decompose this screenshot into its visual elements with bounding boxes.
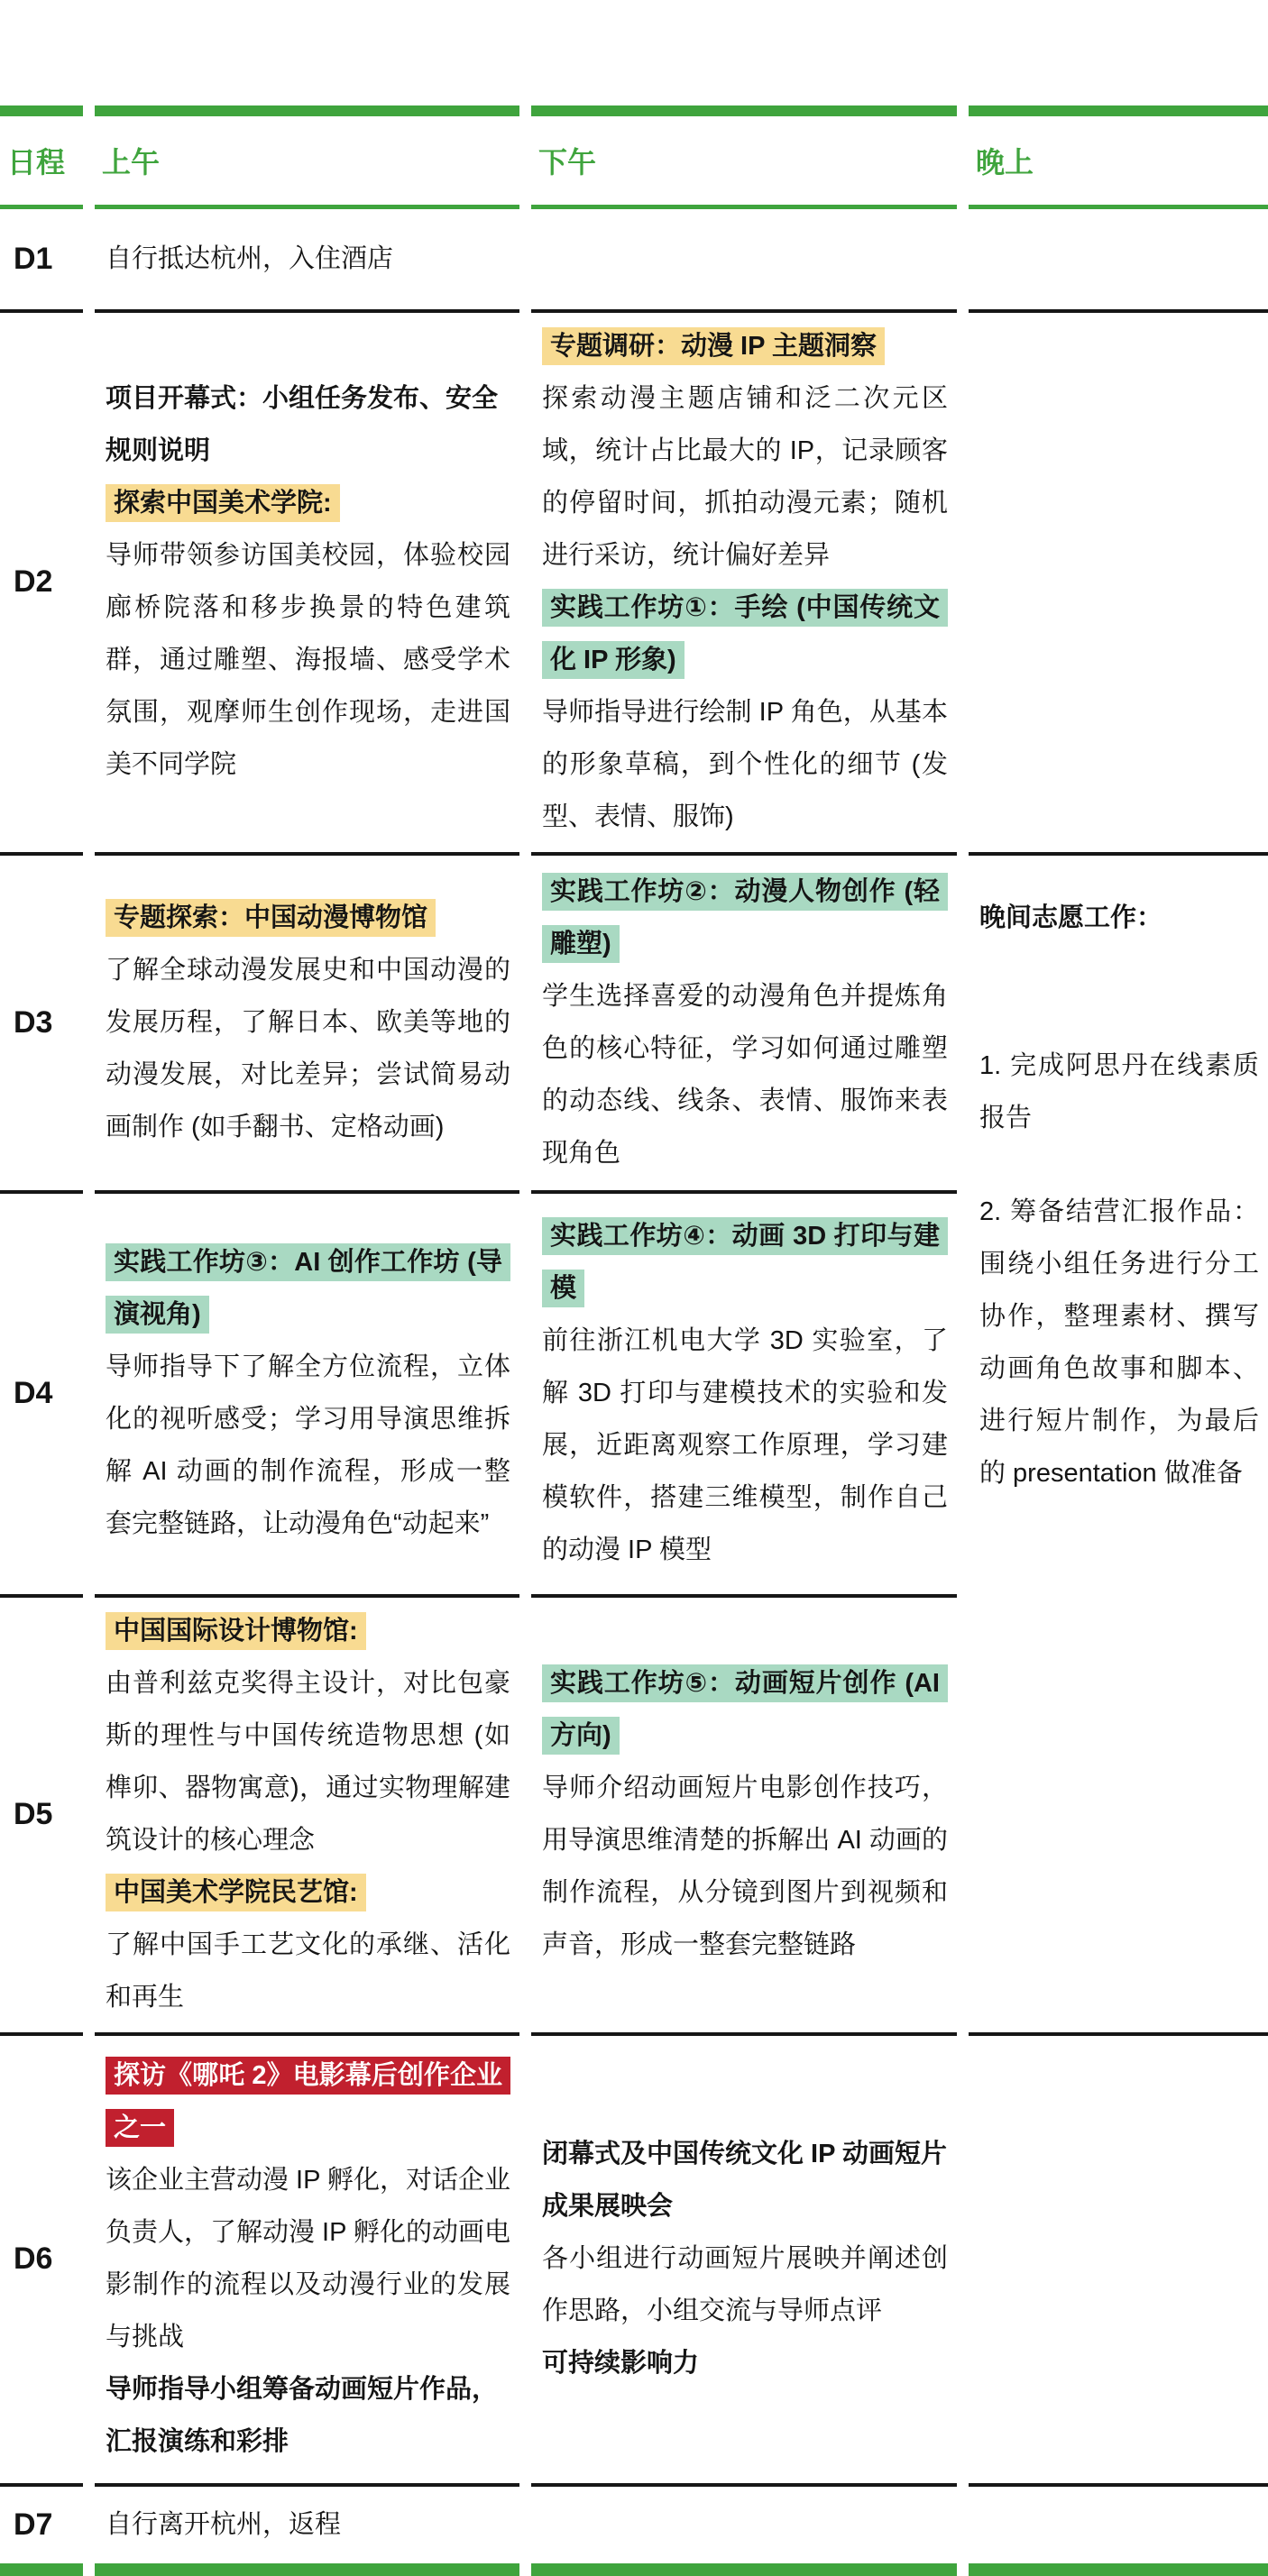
bottom-border-bar [969,2563,1268,2576]
activity-heading: 导师指导小组筹备动画短片作品，汇报演练和彩排 [106,2363,510,2468]
activity-heading: 实践工作坊⑤：动画短片创作 (AI 方向) [542,1657,948,1762]
column-header-morning: 上午 [95,116,519,209]
activity-heading: 实践工作坊④：动画 3D 打印与建模 [542,1210,948,1315]
day-label: D2 [0,313,83,856]
evening-cell [969,2487,1268,2563]
activity-heading: 专题调研：动漫 IP 主题洞察 [542,320,948,372]
day-label: D6 [0,2036,83,2487]
activity-text: 学生选择喜爱的动漫角色并提炼角色的核心特征，学习如何通过雕塑的动态线、线条、表情… [542,970,948,1179]
activity-heading: 探索中国美术学院: [106,477,510,529]
activity-text: 导师带领参访国美校园，体验校园廊桥院落和移步换景的特色建筑群，通过雕塑、海报墙、… [106,529,510,791]
highlighted-heading: 实践工作坊③：AI 创作工作坊 (导演视角) [106,1243,510,1334]
highlighted-heading: 探索中国美术学院: [106,484,340,522]
highlighted-heading: 探访《哪吒 2》电影幕后创作企业之一 [106,2057,510,2147]
column-header-afternoon: 下午 [531,116,957,209]
highlighted-heading: 专题探索：中国动漫博物馆 [106,899,436,937]
highlighted-heading: 中国国际设计博物馆: [106,1612,366,1650]
column-header-evening: 晚上 [969,116,1268,209]
activity-heading: 实践工作坊②：动漫人物创作 (轻雕塑) [542,866,948,970]
activity-heading: 中国美术学院民艺馆: [106,1866,510,1919]
highlighted-heading: 实践工作坊①：手绘 (中国传统文化 IP 形象) [542,589,948,679]
activity-text: 前往浙江机电大学 3D 实验室，了解 3D 打印与建模技术的实验和发展，近距离观… [542,1315,948,1576]
evening-cell [969,313,1268,856]
afternoon-cell [531,2487,957,2563]
activity-text: 2. 筹备结营汇报作品：围绕小组任务进行分工协作，整理素材、撰写动画角色故事和脚… [979,1186,1259,1499]
afternoon-cell: 实践工作坊⑤：动画短片创作 (AI 方向)导师介绍动画短片电影创作技巧，用导演思… [531,1598,957,2036]
top-border-bar [531,105,957,116]
afternoon-cell [531,209,957,313]
afternoon-cell: 实践工作坊②：动漫人物创作 (轻雕塑)学生选择喜爱的动漫角色并提炼角色的核心特征… [531,856,957,1194]
activity-text: 1. 完成阿思丹在线素质报告 [979,1040,1259,1144]
top-border-bar [0,105,83,116]
afternoon-cell: 闭幕式及中国传统文化 IP 动画短片成果展映会各小组进行动画短片展映并阐述创作思… [531,2036,957,2487]
highlighted-heading: 中国美术学院民艺馆: [106,1874,366,1911]
morning-cell: 探访《哪吒 2》电影幕后创作企业之一该企业主营动漫 IP 孵化，对话企业负责人，… [95,2036,519,2487]
activity-text: 各小组进行动画短片展映并阐述创作思路，小组交流与导师点评 [542,2232,948,2337]
day-label: D5 [0,1598,83,2036]
activity-text: 导师指导进行绘制 IP 角色，从基本的形象草稿，到个性化的细节 (发型、表情、服… [542,686,948,843]
activity-heading: 晚间志愿工作： [979,892,1259,944]
afternoon-cell: 专题调研：动漫 IP 主题洞察探索动漫主题店铺和泛二次元区域，统计占比最大的 I… [531,313,957,856]
morning-cell: 自行抵达杭州，入住酒店 [95,209,519,313]
top-border-bar [95,105,519,116]
activity-heading: 专题探索：中国动漫博物馆 [106,892,510,944]
morning-cell: 项目开幕式：小组任务发布、安全规则说明探索中国美术学院:导师带领参访国美校园，体… [95,313,519,856]
highlighted-heading: 实践工作坊⑤：动画短片创作 (AI 方向) [542,1664,948,1755]
evening-cell [969,2036,1268,2487]
activity-text: 自行抵达杭州，入住酒店 [106,233,510,285]
activity-text: 由普利兹克奖得主设计，对比包豪斯的理性与中国传统造物思想 (如榫卯、器物寓意)，… [106,1657,510,1866]
evening-cell [969,209,1268,313]
activity-text: 导师介绍动画短片电影创作技巧，用导演思维清楚的拆解出 AI 动画的制作流程，从分… [542,1762,948,1971]
activity-text: 自行离开杭州，返程 [106,2498,510,2551]
activity-heading: 实践工作坊①：手绘 (中国传统文化 IP 形象) [542,582,948,686]
activity-heading: 闭幕式及中国传统文化 IP 动画短片成果展映会 [542,2128,948,2232]
activity-text: 了解全球动漫发展史和中国动漫的发展历程，了解日本、欧美等地的动漫发展，对比差异；… [106,944,510,1153]
activity-heading: 中国国际设计博物馆: [106,1605,510,1657]
activity-text: 导师指导下了解全方位流程，立体化的视听感受；学习用导演思维拆解 AI 动画的制作… [106,1341,510,1550]
afternoon-cell: 实践工作坊④：动画 3D 打印与建模前往浙江机电大学 3D 实验室，了解 3D … [531,1194,957,1598]
activity-text: 了解中国手工艺文化的承继、活化和再生 [106,1919,510,2023]
bottom-border-bar [0,2563,83,2576]
highlighted-heading: 专题调研：动漫 IP 主题洞察 [542,327,885,365]
morning-cell: 专题探索：中国动漫博物馆了解全球动漫发展史和中国动漫的发展历程，了解日本、欧美等… [95,856,519,1194]
activity-heading: 实践工作坊③：AI 创作工作坊 (导演视角) [106,1236,510,1341]
evening-cell: 晚间志愿工作：1. 完成阿思丹在线素质报告2. 筹备结营汇报作品：围绕小组任务进… [969,856,1268,2036]
highlighted-heading: 实践工作坊②：动漫人物创作 (轻雕塑) [542,873,948,963]
day-label: D1 [0,209,83,313]
bottom-border-bar [95,2563,519,2576]
day-label: D3 [0,856,83,1194]
day-label: D7 [0,2487,83,2563]
schedule-table: 日程 上午 下午 晚上 D1自行抵达杭州，入住酒店D2项目开幕式：小组任务发布、… [0,105,1268,2576]
column-header-day: 日程 [0,116,83,209]
morning-cell: 中国国际设计博物馆:由普利兹克奖得主设计，对比包豪斯的理性与中国传统造物思想 (… [95,1598,519,2036]
bottom-border-bar [531,2563,957,2576]
activity-text: 探索动漫主题店铺和泛二次元区域，统计占比最大的 IP，记录顾客的停留时间，抓拍动… [542,372,948,582]
activity-text: 该企业主营动漫 IP 孵化，对话企业负责人，了解动漫 IP 孵化的动画电影制作的… [106,2154,510,2363]
top-border-bar [969,105,1268,116]
day-label: D4 [0,1194,83,1598]
activity-heading: 探访《哪吒 2》电影幕后创作企业之一 [106,2049,510,2154]
activity-heading: 可持续影响力 [542,2337,948,2389]
morning-cell: 自行离开杭州，返程 [95,2487,519,2563]
activity-heading: 项目开幕式：小组任务发布、安全规则说明 [106,372,510,477]
morning-cell: 实践工作坊③：AI 创作工作坊 (导演视角)导师指导下了解全方位流程，立体化的视… [95,1194,519,1598]
highlighted-heading: 实践工作坊④：动画 3D 打印与建模 [542,1217,948,1307]
